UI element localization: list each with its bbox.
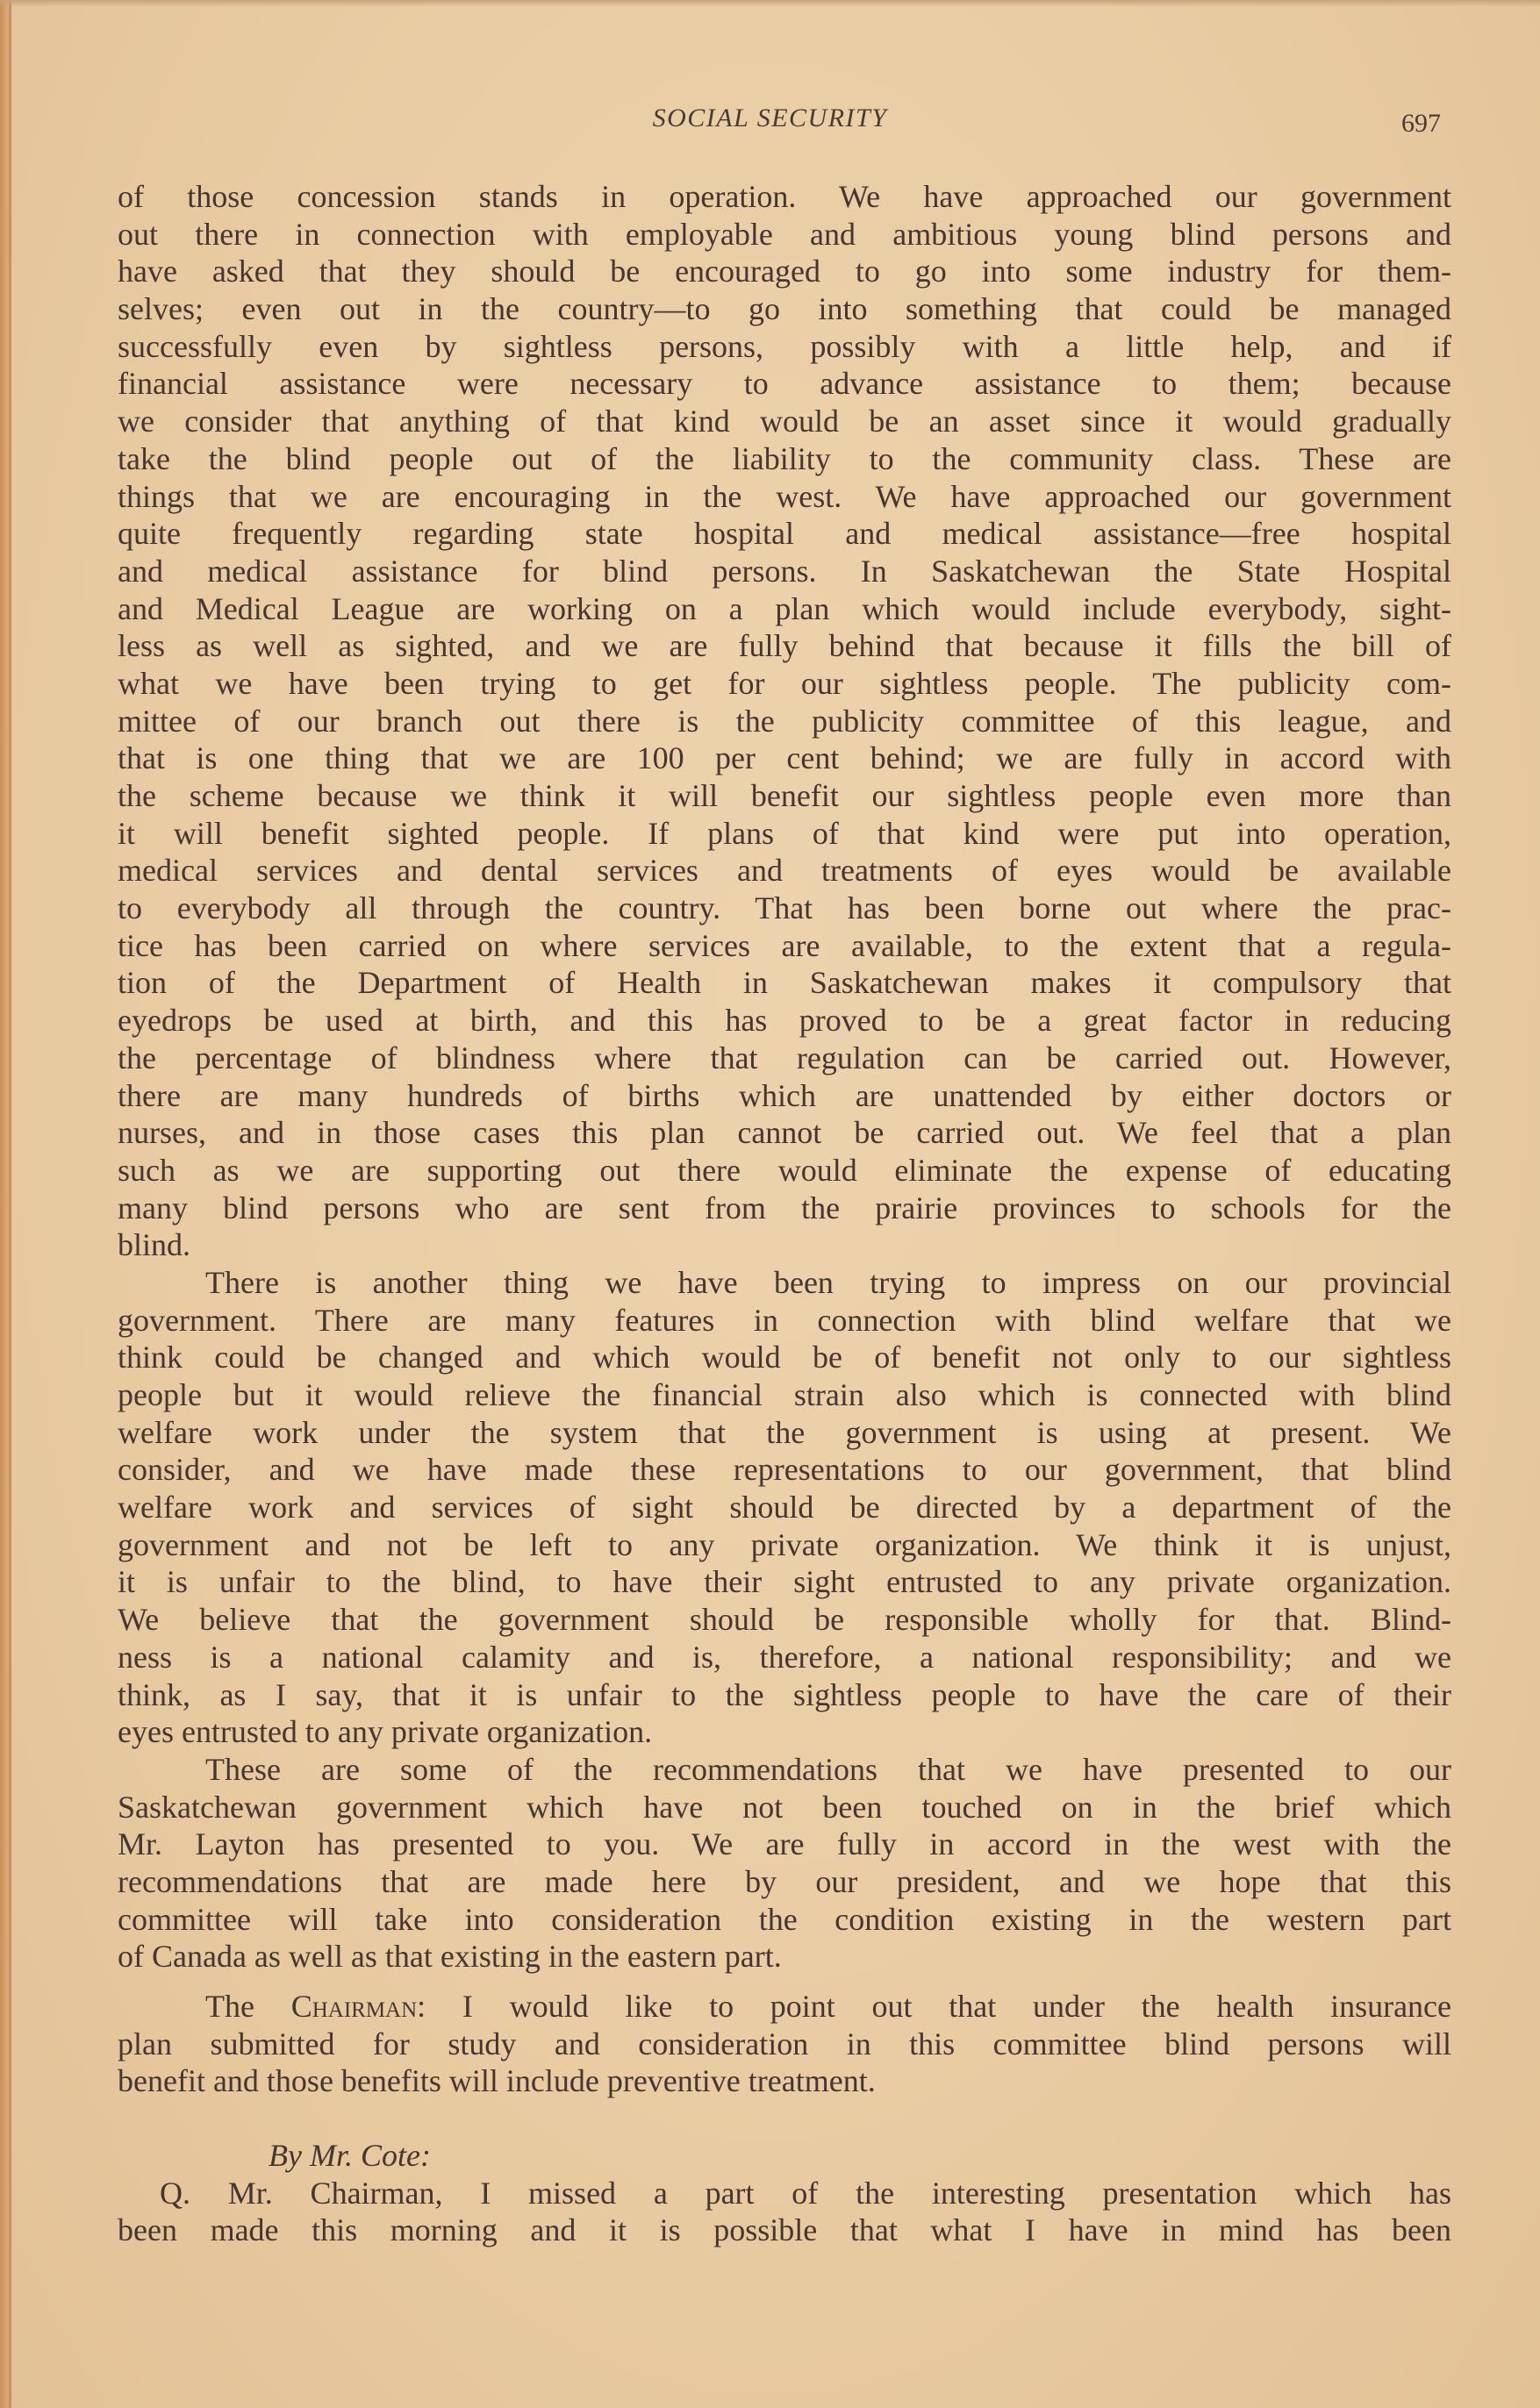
text-line: medical services and dental services and… [118, 852, 1451, 890]
text-line: ness is a national calamity and is, ther… [118, 1639, 1451, 1676]
speaker-colon: : [417, 1989, 426, 2024]
paragraph-3: These are some of the recommendations th… [118, 1751, 1451, 1976]
text-line: many blind persons who are sent from the… [118, 1190, 1451, 1227]
paragraph-gap [118, 1976, 1451, 1988]
text-line: less as well as sighted, and we are full… [118, 627, 1451, 665]
page-top-edge [0, 0, 1540, 7]
paragraph-chairman: The Chairman: I would like to point out … [118, 1988, 1451, 2100]
scanned-page: SOCIAL SECURITY 697 of those concession … [0, 0, 1540, 2408]
examiner-heading: By Mr. Cote: [118, 2137, 1451, 2175]
text-line: out there in connection with employable … [118, 216, 1451, 254]
text-line: tice has been carried on where services … [118, 927, 1451, 965]
text-line: eyedrops be used at birth, and this has … [118, 1002, 1451, 1040]
text-line: it is unfair to the blind, to have their… [118, 1563, 1451, 1601]
text-line: Saskatchewan government which have not b… [118, 1789, 1451, 1826]
text-line: nurses, and in those cases this plan can… [118, 1114, 1451, 1152]
text-line: successfully even by sightless persons, … [118, 328, 1451, 366]
text-line: take the blind people out of the liabili… [118, 440, 1451, 478]
text-line: it will benefit sighted people. If plans… [118, 815, 1451, 853]
text-line: benefit and those benefits will include … [118, 2062, 1451, 2100]
text-line: of Canada as well as that existing in th… [118, 1938, 1451, 1976]
question-line: been made this morning and it is possibl… [118, 2212, 1451, 2249]
gutter-line [9, 0, 11, 2408]
body-text: of those concession stands in operation.… [118, 178, 1451, 2249]
text-line: and medical assistance for blind persons… [118, 553, 1451, 590]
section-gap [118, 2100, 1451, 2137]
text-line: plan submitted for study and considerati… [118, 2026, 1451, 2063]
text-line: have asked that they should be encourage… [118, 253, 1451, 290]
text-line: eyes entrusted to any private organizati… [118, 1713, 1451, 1751]
question-line: Q. Mr. Chairman, I missed a part of the … [118, 2175, 1451, 2212]
running-header: SOCIAL SECURITY 697 [0, 104, 1540, 139]
text-line: The Chairman: I would like to point out … [118, 1988, 1451, 2026]
text-line: We believe that the government should be… [118, 1601, 1451, 1639]
text-line: financial assistance were necessary to a… [118, 365, 1451, 403]
text-line: of those concession stands in operation.… [118, 178, 1451, 216]
examination-section: By Mr. Cote: Q. Mr. Chairman, I missed a… [118, 2137, 1451, 2249]
text-line: blind. [118, 1226, 1451, 1264]
text-line: quite frequently regarding state hospita… [118, 515, 1451, 553]
text-line: There is another thing we have been tryi… [118, 1264, 1451, 1302]
text-line: to everybody all through the country. Th… [118, 890, 1451, 927]
text-line: consider, and we have made these represe… [118, 1451, 1451, 1489]
text-line: government. There are many features in c… [118, 1302, 1451, 1340]
text-line: welfare work under the system that the g… [118, 1414, 1451, 1452]
speaker-name: Chairman [291, 1989, 417, 2024]
text-line: government and not be left to any privat… [118, 1526, 1451, 1564]
text-line: recommendations that are made here by ou… [118, 1863, 1451, 1901]
text-line: mittee of our branch out there is the pu… [118, 703, 1451, 740]
text-line: there are many hundreds of births which … [118, 1077, 1451, 1115]
text-line: things that we are encouraging in the we… [118, 478, 1451, 516]
speaker-prefix: The [205, 1989, 291, 2024]
running-title: SOCIAL SECURITY [0, 104, 1540, 133]
paragraph-2: There is another thing we have been tryi… [118, 1264, 1451, 1751]
text-line: welfare work and services of sight shoul… [118, 1489, 1451, 1526]
text-line: the percentage of blindness where that r… [118, 1040, 1451, 1077]
text-line: Mr. Layton has presented to you. We are … [118, 1826, 1451, 1863]
text-line: and Medical League are working on a plan… [118, 590, 1451, 628]
paragraph-1: of those concession stands in operation.… [118, 178, 1451, 1264]
text-line: These are some of the recommendations th… [118, 1751, 1451, 1789]
text-line: think, as I say, that it is unfair to th… [118, 1676, 1451, 1714]
text-line: such as we are supporting out there woul… [118, 1152, 1451, 1190]
text-line: that is one thing that we are 100 per ce… [118, 740, 1451, 777]
text-line: what we have been trying to get for our … [118, 665, 1451, 703]
page-number: 697 [1401, 109, 1441, 139]
text-line: people but it would relieve the financia… [118, 1376, 1451, 1414]
text-line: committee will take into consideration t… [118, 1901, 1451, 1939]
text-line: tion of the Department of Health in Sask… [118, 964, 1451, 1002]
text-line: think could be changed and which would b… [118, 1339, 1451, 1376]
text-line: selves; even out in the country—to go in… [118, 290, 1451, 328]
text-line: we consider that anything of that kind w… [118, 403, 1451, 440]
speaker-text: I would like to point out that under the… [426, 1989, 1451, 2024]
text-line: the scheme because we think it will bene… [118, 777, 1451, 815]
